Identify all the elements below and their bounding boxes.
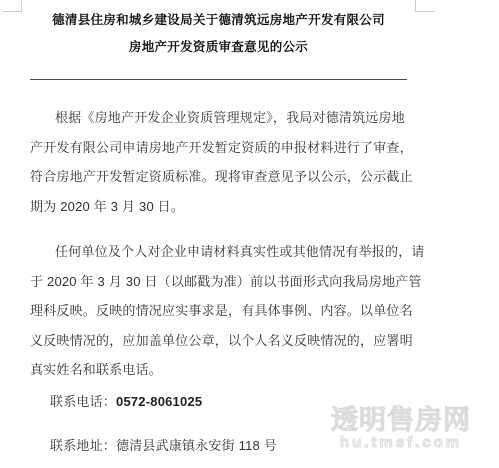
- contact-phone-number: 0572-8061025: [116, 394, 202, 409]
- notice-document: 德清县住房和城乡建设局关于德清筑远房地产开发有限公司 房地产开发资质审查意见的公…: [30, 0, 407, 461]
- paragraph-review-result: 根据《房地产开发企业资质管理规定》，我局对德清筑远房地 产开发有限公司申请房地产…: [30, 103, 407, 221]
- paragraph-line: 根据《房地产开发企业资质管理规定》，我局对德清筑远房地: [30, 103, 407, 133]
- contact-address-row: 联系地址：德清县武康镇永安街 118 号: [30, 431, 407, 461]
- contact-phone-row: 联系电话：0572-8061025: [30, 387, 407, 417]
- paragraph-line: 于 2020 年 3 月 30 日（以邮戳为准）前以书面形式向我局房地产管: [30, 267, 407, 297]
- contact-phone-label: 联系电话：: [50, 394, 116, 409]
- paragraph-reporting-instructions: 任何单位及个人对企业申请材料真实性或其他情况有举报的，请 于 2020 年 3 …: [30, 237, 407, 385]
- paragraph-line: 符合房地产开发暂定资质标准。现将审查意见予以公示，公示截止: [30, 162, 407, 192]
- paragraph-line: 任何单位及个人对企业申请材料真实性或其他情况有举报的，请: [30, 237, 407, 267]
- page-corner-mark-left: [3, 0, 22, 12]
- page-title-line2: 房地产开发资质审查意见的公示: [30, 28, 407, 55]
- paragraph-line: 期为 2020 年 3 月 30 日。: [30, 192, 407, 222]
- paragraph-line: 义反映情况的，应加盖单位公章，以个人名义反映情况的，应署明: [30, 326, 407, 356]
- paragraph-line: 理科反映。反映的情况应实事求是，有具体事例、内容。以单位名: [30, 296, 407, 326]
- title-divider: [30, 79, 407, 80]
- contact-address-label: 联系地址：: [50, 438, 116, 453]
- page-title-line1: 德清县住房和城乡建设局关于德清筑远房地产开发有限公司: [30, 0, 407, 28]
- paragraph-line: 真实姓名和联系电话。: [30, 355, 407, 385]
- page-corner-mark-right: [415, 0, 434, 12]
- paragraph-line: 产开发有限公司申请房地产开发暂定资质的申报材料进行了审查，: [30, 133, 407, 163]
- contact-address-value: 德清县武康镇永安街 118 号: [116, 438, 277, 453]
